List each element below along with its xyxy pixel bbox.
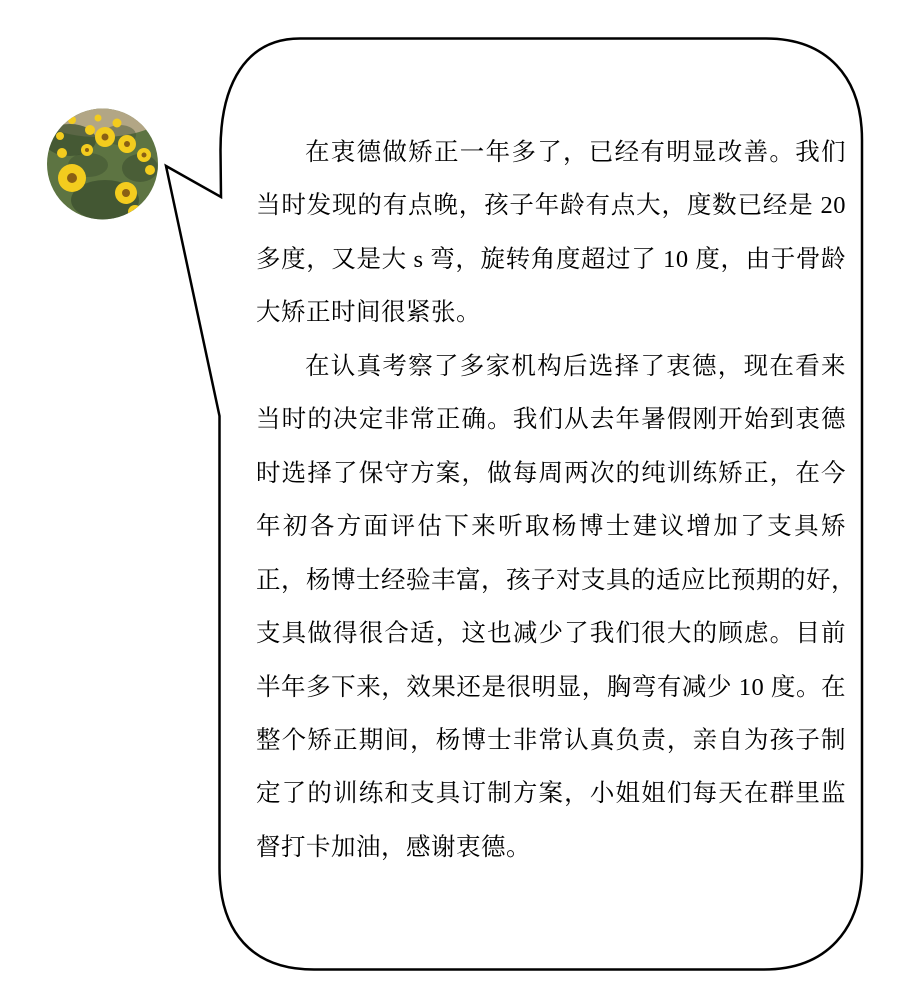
review-text-line: 多度，又是大 s 弯，旋转角度超过了 10 度，由于骨龄 — [256, 233, 846, 286]
avatar — [38, 93, 172, 220]
testimonial-graphic: 在衷德做矫正一年多了，已经有明显改善。我们 当时发现的有点晚，孩子年龄有点大，度… — [0, 0, 908, 1006]
review-text-line: 整个矫正期间，杨博士非常认真负责，亲自为孩子制 — [256, 714, 846, 767]
review-text-line: 在认真考察了多家机构后选择了衷德，现在看来 — [256, 340, 846, 393]
review-text-line: 当时的决定非常正确。我们从去年暑假刚开始到衷德 — [256, 393, 846, 446]
review-text-line: 定了的训练和支具订制方案，小姐姐们每天在群里监 — [256, 767, 846, 820]
review-text: 在衷德做矫正一年多了，已经有明显改善。我们 当时发现的有点晚，孩子年龄有点大，度… — [256, 126, 846, 874]
review-text-line: 督打卡加油，感谢衷德。 — [256, 821, 846, 874]
review-text-line: 半年多下来，效果还是很明显，胸弯有减少 10 度。在 — [256, 661, 846, 714]
review-text-line: 在衷德做矫正一年多了，已经有明显改善。我们 — [256, 126, 846, 179]
review-text-line: 时选择了保守方案，做每周两次的纯训练矫正，在今 — [256, 447, 846, 500]
review-text-line: 支具做得很合适，这也减少了我们很大的顾虑。目前 — [256, 607, 846, 660]
review-text-line: 当时发现的有点晚，孩子年龄有点大，度数已经是 20 — [256, 179, 846, 232]
review-text-line: 年初各方面评估下来听取杨博士建议增加了支具矫 — [256, 500, 846, 553]
review-text-line: 正，杨博士经验丰富，孩子对支具的适应比预期的好， — [256, 554, 846, 607]
review-text-line: 大矫正时间很紧张。 — [256, 286, 846, 339]
